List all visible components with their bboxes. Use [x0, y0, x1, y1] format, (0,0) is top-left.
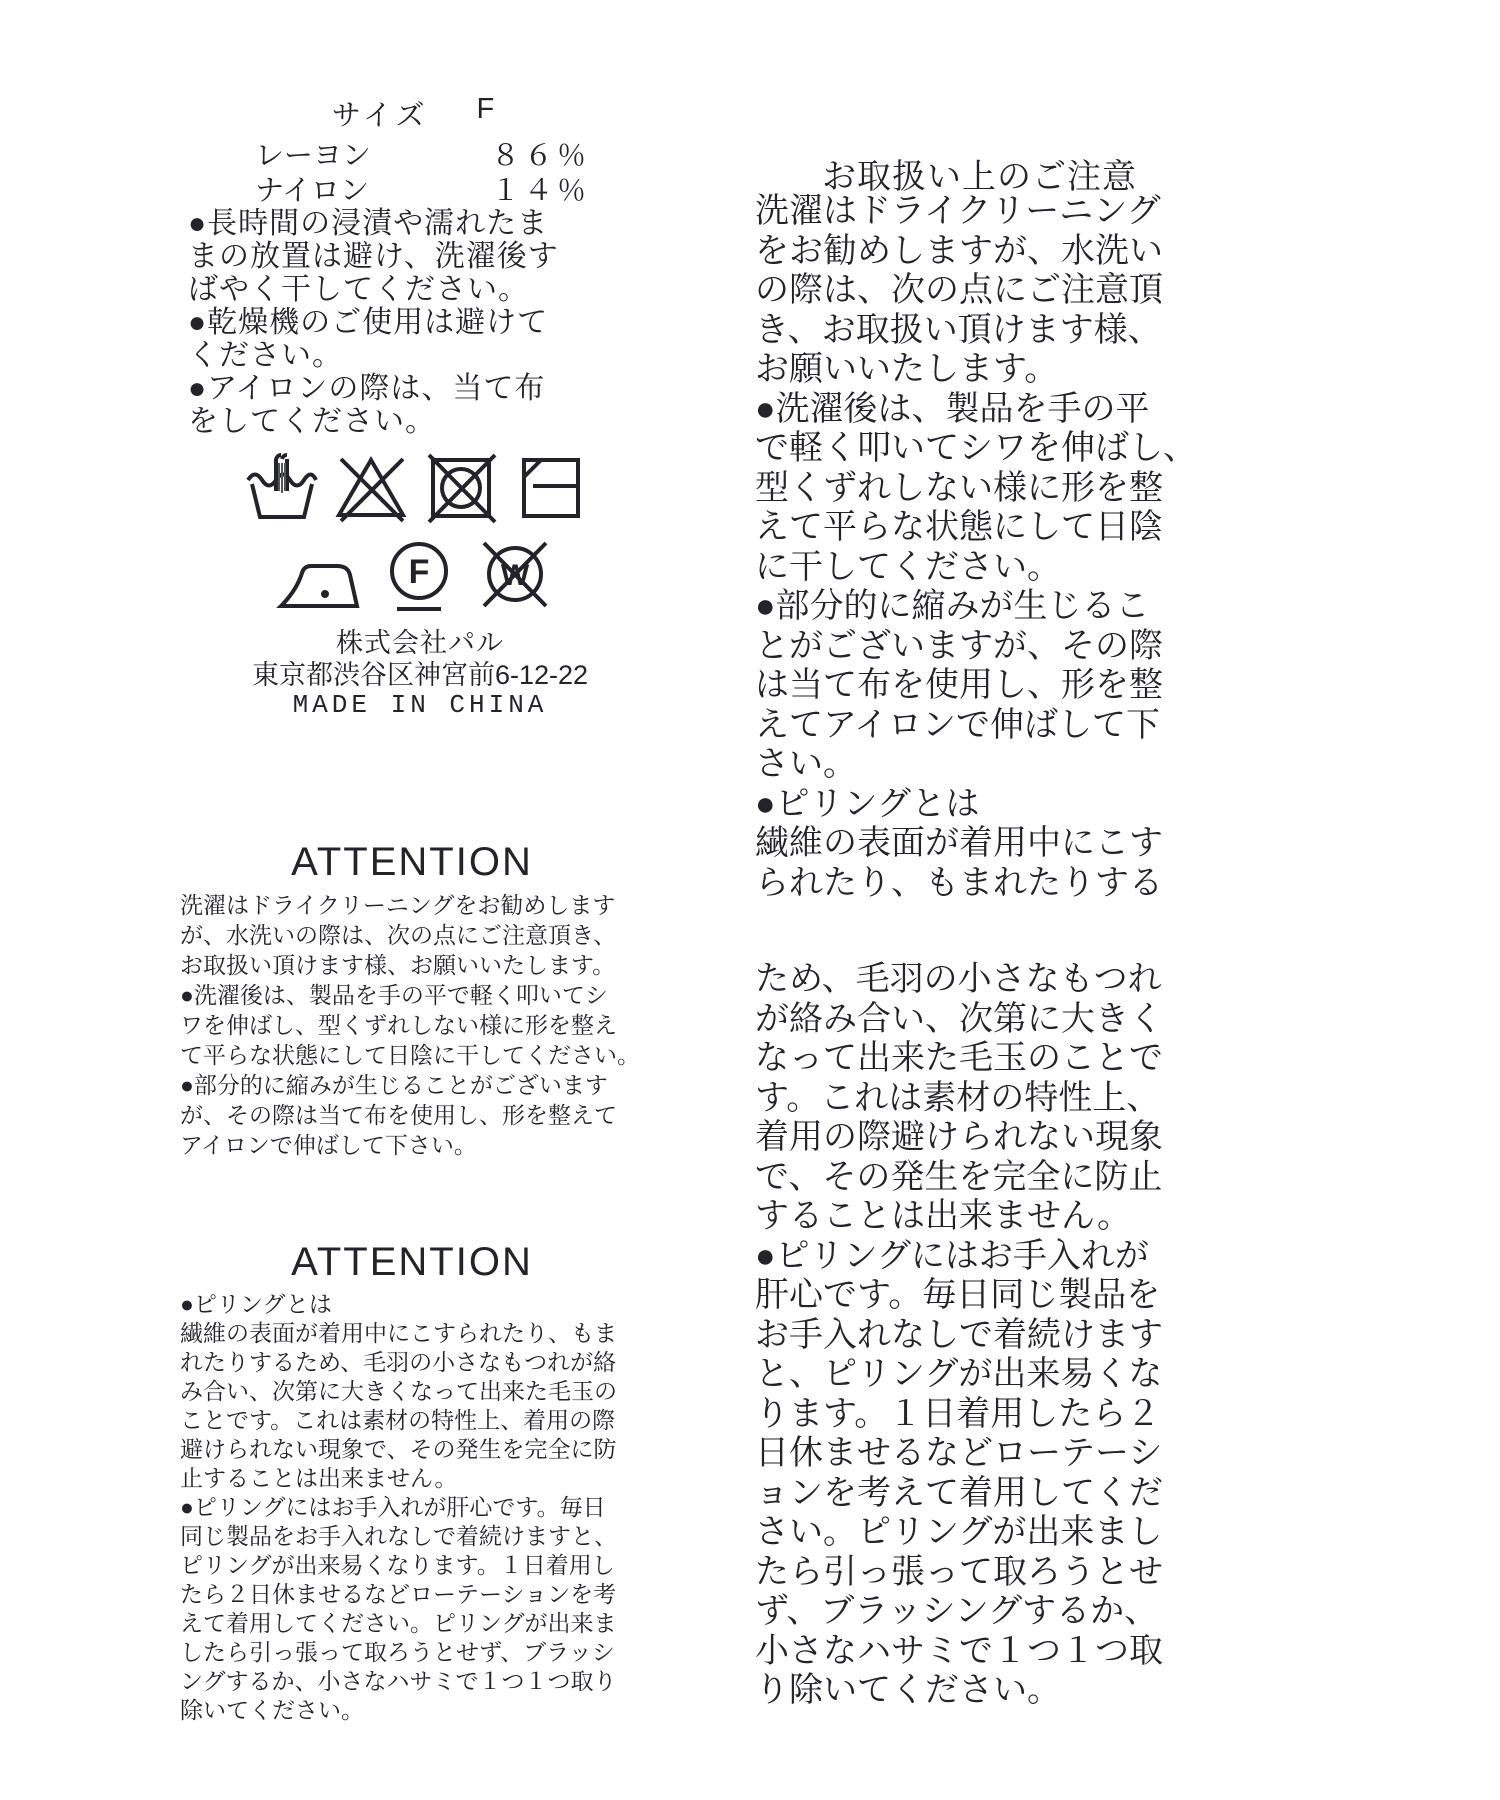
dry-clean-letter: F: [409, 553, 430, 591]
composition-row: レーヨン ８６％: [255, 139, 590, 174]
do-not-bleach-icon: [333, 447, 409, 525]
handling-notes-title: お取扱い上のご注意: [822, 149, 1137, 198]
care-symbols-row-2: F W: [275, 534, 555, 614]
care-label-sheet: サイズ F レーヨン ８６％ ナイロン １４％ ●長時間の浸漬や濡れたま まの放…: [0, 0, 1500, 1800]
dry-clean-petroleum-gentle-icon: F: [376, 538, 462, 614]
country-of-origin: MADE IN CHINA: [180, 690, 660, 720]
care-notes: ●長時間の浸漬や濡れたま まの放置は避け、洗濯後す ばやく干してください。 ●乾…: [188, 207, 622, 438]
handling-notes-part-1: 洗濯はドライクリーニング をお勧めしますが、水洗い の際は、次の点にご注意頂 き…: [755, 192, 1200, 903]
wet-clean-letter: W: [501, 559, 530, 592]
material-name: レーヨン: [255, 139, 371, 174]
attention-body-2: ●ピリングとは 繊維の表面が着用中にこすられたり、もま れたりするため、毛羽の小…: [180, 1290, 646, 1725]
size-label: サイズ: [332, 93, 429, 134]
handling-notes-part-2: ため、毛羽の小さなもつれ が絡み合い、次第に大きく なって出来た毛玉のことで す…: [755, 960, 1200, 1711]
material-percent: ８６％: [491, 139, 590, 174]
attention-heading-1: ATTENTION: [180, 840, 644, 885]
care-symbols-row-1: [244, 447, 587, 525]
care-symbols: F W: [180, 447, 650, 614]
attention-body-1: 洗濯はドライクリーニングをお勧めします が、水洗いの際は、次の点にご注意頂き、 …: [180, 890, 646, 1160]
company-address: 東京都渋谷区神宮前6-12-22: [180, 653, 660, 692]
attention-heading-2: ATTENTION: [180, 1240, 644, 1285]
size-value: F: [476, 93, 498, 134]
composition-row: ナイロン １４％: [255, 174, 590, 209]
size-row: サイズ F: [180, 93, 650, 134]
material-percent: １４％: [491, 174, 590, 209]
do-not-wet-clean-icon: W: [475, 534, 555, 614]
iron-low-heat-icon: [275, 542, 363, 614]
hand-wash-icon: [244, 447, 320, 525]
dry-in-shade-icon: [513, 447, 587, 525]
composition-table: レーヨン ８６％ ナイロン １４％: [255, 139, 590, 209]
do-not-tumble-dry-icon: [422, 447, 500, 525]
material-name: ナイロン: [255, 174, 369, 209]
